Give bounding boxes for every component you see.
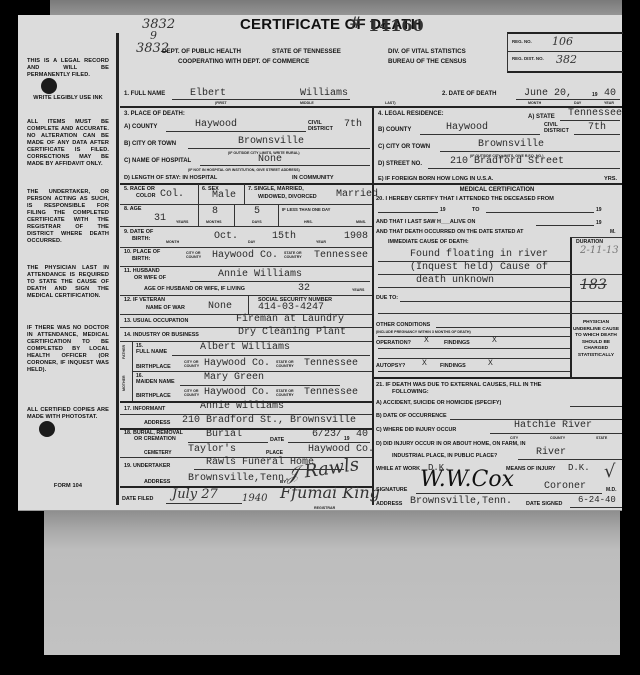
birth-date-label-2: Birth:: [132, 236, 150, 242]
date-signed-label: Date Signed: [526, 501, 562, 507]
birthplace-city-value: Haywood Co.: [212, 250, 278, 261]
res-street-value: 210 Bradford Street: [450, 156, 564, 167]
punch-hole: [39, 421, 55, 437]
full-name-label: 1. Full Name: [124, 91, 165, 97]
res-civil-value: 7th: [588, 122, 606, 133]
coroner-address-label: Address: [376, 501, 402, 507]
pod-city-value: Brownsville: [238, 136, 304, 147]
ext-b-label: B) Date of occurrence: [376, 413, 447, 419]
external-label: 21. If death was due to external causes,…: [376, 382, 541, 388]
birthplace-label: 10. Place of: [124, 249, 160, 255]
pod-city-label: B) City or Town: [124, 141, 176, 147]
medical-19-b: 19: [596, 207, 602, 213]
burial-date-value: 6/23/: [312, 429, 342, 440]
medical-line-2: And that I last saw h___alive on: [376, 219, 475, 225]
race-value: Col.: [160, 189, 184, 200]
place-of-death-label: 3. Place of Death:: [124, 111, 185, 117]
certificate-number: 14160: [368, 16, 424, 35]
burial-date-label: Date: [270, 437, 284, 443]
operation-label: Operation?: [376, 340, 411, 346]
cooperating-commerce: Cooperating with Dept. of Commerce: [178, 58, 309, 65]
spouse-label: 11. Husband: [124, 268, 160, 274]
ext-d-label: D) Did injury occur in or about home, on…: [376, 441, 526, 447]
means-value: D.K.: [568, 463, 590, 473]
ext-c-value: Hatchie River: [514, 420, 592, 431]
mins-unit: Mins.: [356, 220, 366, 224]
medical-to: To: [472, 207, 479, 213]
signature-label: Signature: [376, 487, 407, 493]
hrs-unit: Hrs.: [304, 220, 313, 224]
filed-year-value: 1940: [242, 493, 267, 504]
ext-c-label: C) Where did injury occur: [376, 427, 456, 433]
date-filed-value: July 27: [172, 487, 218, 502]
informant-address-value: 210 Bradford St., Brownsville: [182, 415, 356, 426]
res-county-value: Haywood: [446, 122, 488, 133]
pod-hospital-note: (If not in hospital or institution, give…: [188, 168, 300, 172]
state-of-tennessee: State of Tennessee: [272, 48, 341, 55]
informant-name-value: Annie Williams: [200, 401, 284, 412]
external-label-2: following:: [392, 389, 429, 395]
undertaker-address-value: Brownsville,Tenn.: [188, 473, 290, 484]
pod-community-label: In Community: [292, 175, 334, 181]
mother-city-label: City or County: [184, 389, 206, 398]
pod-civil-value: 7th: [344, 119, 362, 130]
veteran-value: None: [208, 301, 232, 312]
war-label: Name of War: [146, 305, 185, 311]
notice-photostat: All certified copies are made with photo…: [27, 407, 109, 421]
notice-physician: The physician last in attendance is requ…: [27, 265, 109, 300]
op-findings-value: X: [492, 336, 497, 345]
occupation-label: 13. Usual Occupation: [124, 318, 188, 324]
mother-bp-label: Birthplace: [136, 393, 171, 399]
reg-dist-no: 382: [556, 53, 577, 66]
bp-state-label: State or Country: [284, 251, 310, 260]
physician-note: Physician underline cause to which death…: [570, 320, 622, 360]
industry-label: 14. Industry or Business: [124, 332, 199, 338]
op-findings-label: Findings: [444, 340, 470, 346]
autopsy-value: X: [422, 359, 427, 368]
reg-dist-label: REG. DIST. NO.: [512, 56, 544, 61]
due-to-label: Due to:: [376, 295, 398, 301]
industry-value: Dry Cleaning Plant: [238, 327, 346, 338]
sub-year: Year: [604, 101, 614, 105]
bureau-census: Bureau of the Census: [388, 58, 466, 65]
ext-c-state: State: [596, 436, 607, 440]
reg-no: 106: [552, 35, 573, 48]
spouse-label-2: or Wife of: [134, 275, 166, 281]
age-label: 8. Age: [124, 206, 141, 212]
res-state-value: Tennessee: [568, 108, 622, 119]
less-than-day-label: If less than one day: [282, 207, 330, 212]
mother-side-label: Mother: [122, 375, 126, 391]
cause-line-3: death unknown: [416, 275, 494, 286]
sub-day: Day: [574, 101, 581, 105]
spouse-name-value: Annie Williams: [218, 269, 302, 280]
father-city-label: City or County: [184, 360, 206, 369]
cremation-label: or Cremation: [134, 436, 176, 442]
father-name-value: Albert Williams: [200, 342, 290, 353]
pod-stay-label: D) Length of Stay: In Hospital: [124, 175, 217, 181]
notice-complete-items: All items must be complete and accurate.…: [27, 119, 109, 168]
sub-last: Last): [385, 101, 396, 105]
notice-legal-record: This is a legal record and will be perma…: [27, 58, 109, 79]
certificate-form: CERTIFICATE OF DEATH # 14160 Dept. of Pu…: [120, 15, 622, 510]
death-year-value: 40: [604, 88, 616, 99]
medical-m: M.: [610, 229, 616, 235]
cemetery-place-label: Place: [266, 450, 283, 456]
undertaker-address-label: Address: [144, 479, 170, 485]
res-foreign-label: E) If foreign born how long in U.S.A.: [378, 176, 493, 182]
res-civil-label: Civil District: [544, 123, 572, 134]
ext-d-value: River: [536, 447, 566, 458]
dept-public-health: Dept. of Public Health: [162, 48, 241, 55]
hash-mark: #: [349, 13, 362, 32]
res-county-label: B) County: [378, 127, 411, 133]
notice-no-doctor: If there was no doctor in attendance, me…: [27, 325, 109, 374]
date-filed-label: Date Filed: [122, 496, 153, 502]
check-mark: √: [604, 461, 615, 482]
age-months-unit: Months: [206, 220, 222, 224]
cemetery-place-value: Haywood Co.: [308, 444, 374, 455]
informant-address-label: Address: [144, 420, 170, 426]
mother-maiden-label: Maiden Name: [136, 379, 175, 385]
date-signed-value: 6-24-40: [578, 495, 616, 505]
birthplace-label-2: Birth:: [132, 256, 150, 262]
notice-write-legibly: Write legibly use ink: [27, 95, 109, 102]
bd-year-label: Year: [316, 240, 326, 244]
sex-value: Male: [212, 190, 236, 201]
burial-year-prefix: 19: [344, 436, 350, 442]
pod-county-label: A) County: [124, 124, 157, 130]
bp-city-label: City or County: [186, 251, 210, 260]
cause-line-1: Found floating in river: [410, 249, 548, 260]
age-days-value: 5: [254, 206, 260, 217]
medical-cert-header: Medical Certification: [372, 187, 622, 193]
mother-name-value: Mary Green: [204, 372, 264, 383]
au-findings-value: X: [488, 359, 493, 368]
ext-c-county: County: [550, 436, 565, 440]
sub-month: Month: [528, 101, 541, 105]
date-of-death-value: June 20,: [524, 88, 572, 99]
burial-year-value: 40: [356, 429, 368, 440]
sub-first: (First: [215, 101, 227, 105]
md-label: M.D.: [606, 487, 617, 493]
bd-month-label: Month: [166, 240, 179, 244]
registration-box: REG. NO. 106 REG. DIST. NO. 382: [507, 32, 623, 73]
bd-day-label: Day: [248, 240, 255, 244]
birth-month-value: Oct.: [214, 231, 238, 242]
div-vital-statistics: Div. of Vital Statistics: [388, 48, 466, 55]
au-findings-label: Findings: [440, 363, 466, 369]
age-years-value: 31: [154, 213, 166, 224]
color-label: Color: [136, 193, 155, 199]
pod-hospital-label: C) Name of Hospital: [124, 158, 191, 164]
signer-title: Coroner: [544, 481, 586, 492]
age-days-unit: Days: [252, 220, 262, 224]
occupation-value: Fireman at Laundry: [236, 314, 344, 325]
reg-no-label: REG. NO.: [512, 39, 532, 44]
marital-label-2: Widowed, Divorced: [258, 194, 317, 200]
res-street-label: D) Street No.: [378, 161, 422, 167]
cause-line-2: (Inquest held) Cause of: [410, 262, 548, 273]
birth-day-value: 15th: [272, 231, 296, 242]
duration-note: 2-11-13: [580, 245, 619, 256]
veteran-label: 12. If Veteran: [124, 297, 165, 303]
punch-hole: [41, 78, 57, 94]
pod-hospital-value: None: [258, 154, 282, 165]
year-prefix: 19: [592, 92, 598, 98]
res-foreign-unit: Yrs.: [604, 176, 617, 182]
pod-county-value: Haywood: [195, 119, 237, 130]
medical-19-a: 19: [440, 207, 446, 213]
instruction-panel: 3832 9 3832 This is a legal record and w…: [18, 15, 116, 510]
other-conditions-label: Other Conditions: [376, 322, 430, 328]
cemetery-value: Taylor's: [188, 444, 236, 455]
first-name-value: Elbert: [190, 88, 226, 99]
race-label: 5. Race or: [124, 186, 155, 192]
medical-line-1: 20. I hereby certify that I attended the…: [376, 196, 554, 202]
birthplace-state-value: Tennessee: [314, 250, 368, 261]
last-name-value: Williams: [300, 88, 348, 99]
death-certificate: 3832 9 3832 This is a legal record and w…: [18, 15, 622, 510]
pod-civil-label: Civil District: [308, 121, 336, 132]
father-state-value: Tennessee: [304, 358, 358, 369]
burial-value: Burial: [206, 429, 242, 440]
ext-c-city: City: [510, 436, 518, 440]
spouse-age-unit: Years: [352, 288, 364, 292]
spouse-age-value: 32: [298, 283, 310, 294]
duration-code: 183: [580, 277, 607, 293]
other-conditions-note: (Include pregnancy within 3 months of de…: [376, 330, 471, 334]
residence-label: 4. Legal Residence:: [378, 111, 444, 117]
undertaker-label: 19. Undertaker: [124, 463, 170, 469]
father-bp-label: Birthplace: [136, 364, 171, 370]
mother-state-label: State or Country: [276, 389, 302, 398]
res-state-label: A) State: [528, 114, 555, 120]
coroner-signature: W.W.Cox: [420, 467, 514, 492]
res-city-value: Brownsville: [478, 139, 544, 150]
operation-value: X: [424, 336, 429, 345]
informant-label: 17. Informant: [124, 406, 165, 412]
mother-city-value: Haywood Co.: [204, 387, 270, 398]
father-side-label: Father: [122, 345, 126, 359]
registrar-label: Registrar: [314, 506, 335, 510]
birth-date-label: 9. Date of: [124, 229, 153, 235]
panel-divider: [116, 33, 119, 505]
father-state-label: State or Country: [276, 360, 302, 369]
spouse-age-label: Age of husband or wife, if living: [144, 286, 245, 292]
medical-line-3: And that death occurred on the date stat…: [376, 229, 523, 235]
marital-label: 7. Single, Married,: [248, 186, 304, 192]
coroner-address-value: Brownsville,Tenn.: [410, 496, 512, 507]
at-work-label: While at work: [376, 466, 420, 472]
ssn-value: 414-03-4247: [258, 302, 324, 313]
ext-d-label-2: industrial place, in public place?: [392, 453, 497, 459]
blank-lower-sheet: [44, 510, 620, 655]
cemetery-label: Cemetery: [144, 450, 172, 456]
autopsy-label: Autopsy?: [376, 363, 405, 369]
date-of-death-label: 2. Date of Death: [442, 91, 496, 97]
birth-year-value: 1908: [344, 231, 368, 242]
medical-19-c: 19: [596, 220, 602, 226]
ext-a-label: A) Accident, suicide or homicide (specif…: [376, 400, 501, 406]
registrar-signature: Ffumai King: [280, 483, 380, 502]
res-city-label: C) City or Town: [378, 144, 430, 150]
father-city-value: Haywood Co.: [204, 358, 270, 369]
notice-undertaker: The undertaker, or person acting as such…: [27, 189, 109, 245]
age-months-value: 8: [212, 206, 218, 217]
mother-state-value: Tennessee: [304, 387, 358, 398]
form-number: FORM 104: [27, 483, 109, 490]
father-name-label: Full Name: [136, 349, 167, 355]
sub-middle: Middle: [300, 101, 314, 105]
age-years-unit: Years: [176, 220, 188, 224]
cause-of-death-label: Immediate cause of death:: [388, 239, 469, 245]
